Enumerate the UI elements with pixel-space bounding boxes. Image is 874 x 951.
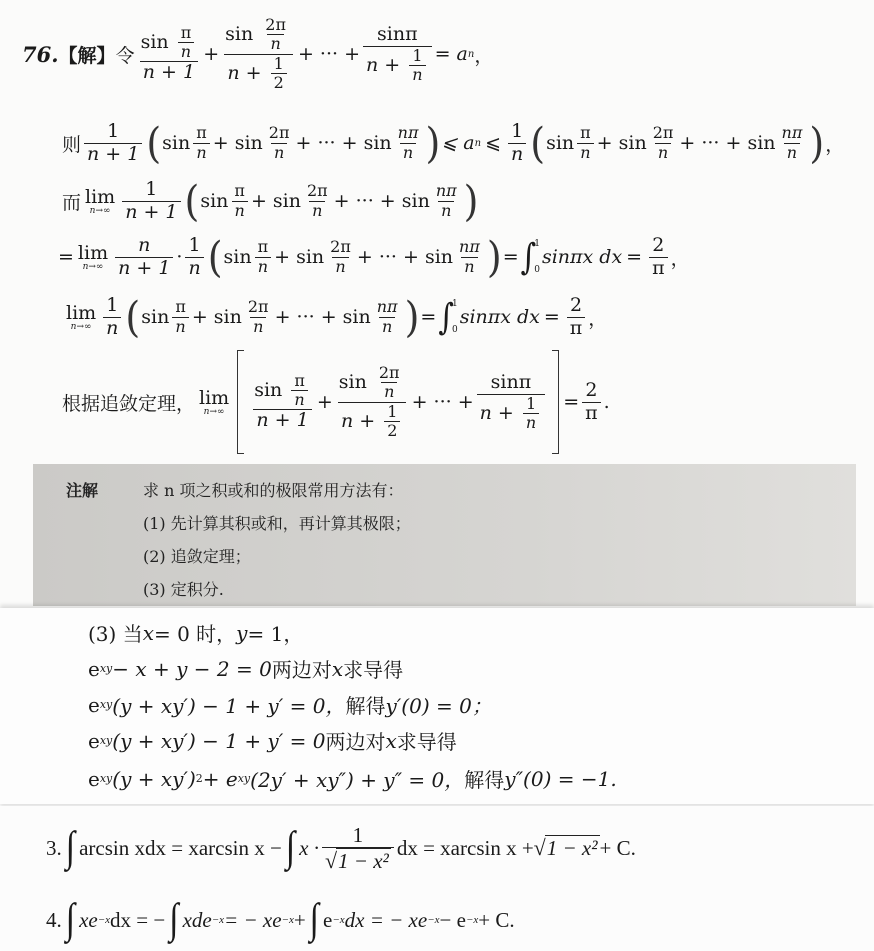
integral-sign: ∫10 <box>521 239 540 275</box>
right-bracket <box>552 350 559 454</box>
integration-exercises-panel: 3. ∫ arcsin xdx = xarcsin x − ∫ x · 1 √1… <box>0 806 874 951</box>
term-2: sin 2πn n + 12 <box>222 16 295 93</box>
exercise-3-number: 3. <box>46 836 62 861</box>
exercise-4-number: 4. <box>46 908 62 933</box>
squeeze-conclusion: 根据追敛定理， limn→∞ sin πn n + 1 + sin 2πn n … <box>62 350 610 454</box>
part3-line-3: exy(y + xy′) − 1 + y′ = 0，解得 y′(0) = 0； <box>88 690 492 719</box>
solution-76-panel: 76. 【解】 令 sin πn n + 1 + sin 2πn n + 12 … <box>0 0 874 608</box>
part3-line-4: exy(y + xy′) − 1 + y′ = 0 两边对 x 求导得 <box>88 726 457 755</box>
left-bracket <box>237 350 244 454</box>
problem-76-definition: 76. 【解】 令 sin πn n + 1 + sin 2πn n + 12 … <box>22 4 493 104</box>
inequality-line: 则 1n + 1 ( sin πn + sin 2πn + ··· + sin … <box>62 118 844 168</box>
limit-line-2: = limn→∞ nn + 1 · 1n ( sin πn + sin 2πn … <box>58 232 690 282</box>
note-box: 注解 求 n 项之积或和的极限常用方法有： (1) 先计算其积或和，再计算其极限… <box>33 464 856 606</box>
note-intro: 求 n 项之积或和的极限常用方法有： <box>143 478 403 501</box>
problem-number: 76. <box>22 42 59 67</box>
limit-line-3: limn→∞ 1n ( sin πn + sin 2πn + ··· + sin… <box>62 292 607 342</box>
exercise-4: 4. ∫ xe−xdx = − ∫ xde−x = − xe−x + ∫ e−x… <box>46 894 515 946</box>
part3-line-1: (3) 当 x = 0 时，y = 1， <box>88 618 303 647</box>
term-1: sin πn n + 1 <box>138 24 201 85</box>
term-n: sinπ n + 1n <box>363 24 432 85</box>
exercise-3: 3. ∫ arcsin xdx = xarcsin x − ∫ x · 1 √1… <box>46 814 636 882</box>
note-item-3: (3) 定积分. <box>143 577 224 600</box>
solution-tag: 【解】 <box>59 41 116 68</box>
note-item-1: (1) 先计算其积或和，再计算其极限； <box>143 511 411 534</box>
note-item-2: (2) 追敛定理； <box>143 544 251 567</box>
part3-line-5: exy(y + xy′)2 + exy(2y′ + xy″) + y″ = 0，… <box>88 764 617 793</box>
implicit-derivative-panel: (3) 当 x = 0 时，y = 1， exy − x + y − 2 = 0… <box>0 608 874 804</box>
let-word: 令 <box>116 41 135 68</box>
note-label: 注解 <box>66 478 98 501</box>
part3-line-2: exy − x + y − 2 = 0 两边对 x 求导得 <box>88 654 403 683</box>
limit-line-1: 而 limn→∞ 1n + 1 ( sin πn + sin 2πn + ···… <box>62 176 479 226</box>
